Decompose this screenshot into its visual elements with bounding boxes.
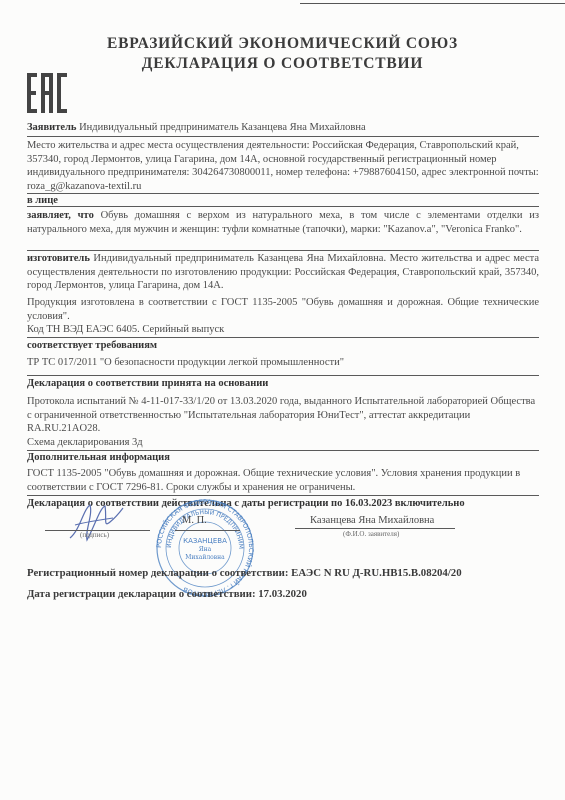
signer-name: Казанцева Яна Михайловна xyxy=(310,514,434,528)
divider xyxy=(27,375,539,376)
svg-text:КАЗАНЦЕВА: КАЗАНЦЕВА xyxy=(183,537,227,545)
basis-label: Декларация о соответствии принята на осн… xyxy=(27,377,539,391)
divider xyxy=(27,206,539,207)
produced-per: Продукция изготовлена в соответствии с Г… xyxy=(27,296,539,323)
declares-label: заявляет, что xyxy=(27,210,94,221)
manufacturer-value: Индивидуальный предприниматель Казанцева… xyxy=(27,253,539,291)
divider xyxy=(27,495,539,496)
applicant-address: Место жительства и адрес места осуществл… xyxy=(27,139,539,193)
document-title: ДЕКЛАРАЦИЯ О СООТВЕТСТВИИ xyxy=(0,55,565,73)
additional-label: Дополнительная информация xyxy=(27,451,539,465)
official-stamp-icon: РОССИЙСКАЯ ФЕДЕРАЦИЯ СТАВРОПОЛЬСКИЙ КРАЙ… xyxy=(150,498,260,598)
registration-number: Регистрационный номер декларации о соотв… xyxy=(27,567,462,579)
applicant-line: Заявитель Индивидуальный предприниматель… xyxy=(27,121,539,135)
scheme: Схема декларирования 3д xyxy=(27,436,539,450)
declares-value: Обувь домашняя с верхом из натурального … xyxy=(27,210,539,235)
declares-section: заявляет, что Обувь домашняя с верхом из… xyxy=(27,209,539,236)
additional-value: ГОСТ 1135-2005 "Обувь домашняя и дорожна… xyxy=(27,467,539,494)
manufacturer-section: изготовитель Индивидуальный предпринимат… xyxy=(27,252,539,293)
conforms-value: ТР ТС 017/2011 "О безопасности продукции… xyxy=(27,356,539,370)
signer-caption: (Ф.И.О. заявителя) xyxy=(343,530,399,538)
registration-date: Дата регистрации декларации о соответств… xyxy=(27,588,307,600)
conforms-label: соответствует требованиям xyxy=(27,339,539,353)
divider xyxy=(27,250,539,251)
manufacturer-label: изготовитель xyxy=(27,253,90,264)
divider xyxy=(27,136,539,137)
stamp-mark: М. П. xyxy=(182,514,207,528)
applicant-label: Заявитель xyxy=(27,122,76,133)
divider xyxy=(27,337,539,338)
product-code: Код ТН ВЭД ЕАЭС 6405. Серийный выпуск xyxy=(27,323,539,337)
signature-caption: (подпись) xyxy=(80,531,109,539)
svg-text:Михайловна: Михайловна xyxy=(185,554,225,561)
signer-line xyxy=(295,528,455,529)
svg-text:Яна: Яна xyxy=(199,546,212,553)
scan-edge-line xyxy=(300,3,565,4)
union-title: ЕВРАЗИЙСКИЙ ЭКОНОМИЧЕСКИЙ СОЮЗ xyxy=(0,35,565,53)
stamp-line xyxy=(175,530,240,531)
applicant-value: Индивидуальный предприниматель Казанцева… xyxy=(79,122,366,133)
eac-mark-icon xyxy=(27,73,67,113)
basis-value: Протокола испытаний № 4-11-017-33/1/20 о… xyxy=(27,395,539,436)
